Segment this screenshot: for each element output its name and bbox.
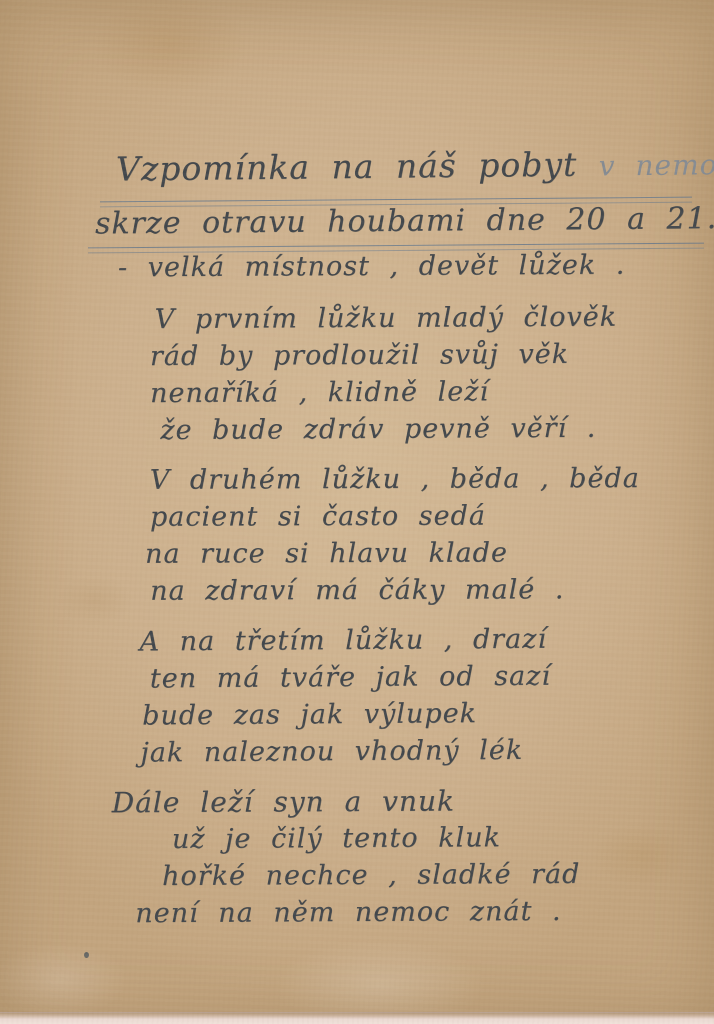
poem-line: V druhém lůžku , běda , běda <box>150 460 714 499</box>
poem-line: A na třetím lůžku , drazí <box>139 620 713 661</box>
poem-line: V prvním lůžku mladý člověk <box>155 298 714 338</box>
poem-title-line-2: skrze otravu houbami dne 20 a 21. srpna … <box>95 199 714 241</box>
ink-blot <box>84 952 89 958</box>
poem-line: na zdraví má čáky malé . <box>150 571 714 610</box>
stanza-1: V prvním lůžku mladý člověk rád by prodl… <box>0 298 714 450</box>
poem-title-line-1: Vzpomínka na náš pobyt v nemocnici <box>116 142 714 188</box>
poem-line: není na něm nemoc znát . <box>135 892 714 932</box>
poem-line: ten má tváře jak od sazí <box>150 657 714 698</box>
scan-bottom-edge <box>0 1012 714 1024</box>
stanza-2: V druhém lůžku , běda , běda pacient si … <box>0 460 714 610</box>
scanned-manuscript-page: Vzpomínka na náš pobyt v nemocnici skrze… <box>0 0 714 1024</box>
poem-subtitle: - velká místnost , devět lůžek . <box>118 250 625 284</box>
poem-line: rád by prodloužil svůj věk <box>150 335 714 375</box>
poem-line: Dále leží syn a vnuk <box>112 781 714 821</box>
poem-line: už je čilý tento kluk <box>172 818 714 858</box>
poem-line: pacient si často sedá <box>150 497 714 536</box>
stanza-4: Dále leží syn a vnuk už je čilý tento kl… <box>0 781 714 933</box>
poem-line: bude zas jak výlupek <box>142 694 714 735</box>
poem-line: hořké nechce , sladké rád <box>162 855 714 895</box>
poem-line: nenaříká , klidně leží <box>150 372 714 412</box>
stanza-3: A na třetím lůžku , drazí ten má tváře j… <box>0 620 714 773</box>
poem-line: jak naleznou vhodný lék <box>140 731 714 772</box>
poem-title-main-text: Vzpomínka na náš pobyt <box>116 145 578 189</box>
poem-title-faded-text: v nemocnici <box>599 147 714 182</box>
poem-body: V prvním lůžku mladý člověk rád by prodl… <box>0 300 714 944</box>
poem-line: na ruce si hlavu klade <box>145 534 714 573</box>
poem-line: že bude zdráv pevně věří . <box>160 409 714 449</box>
